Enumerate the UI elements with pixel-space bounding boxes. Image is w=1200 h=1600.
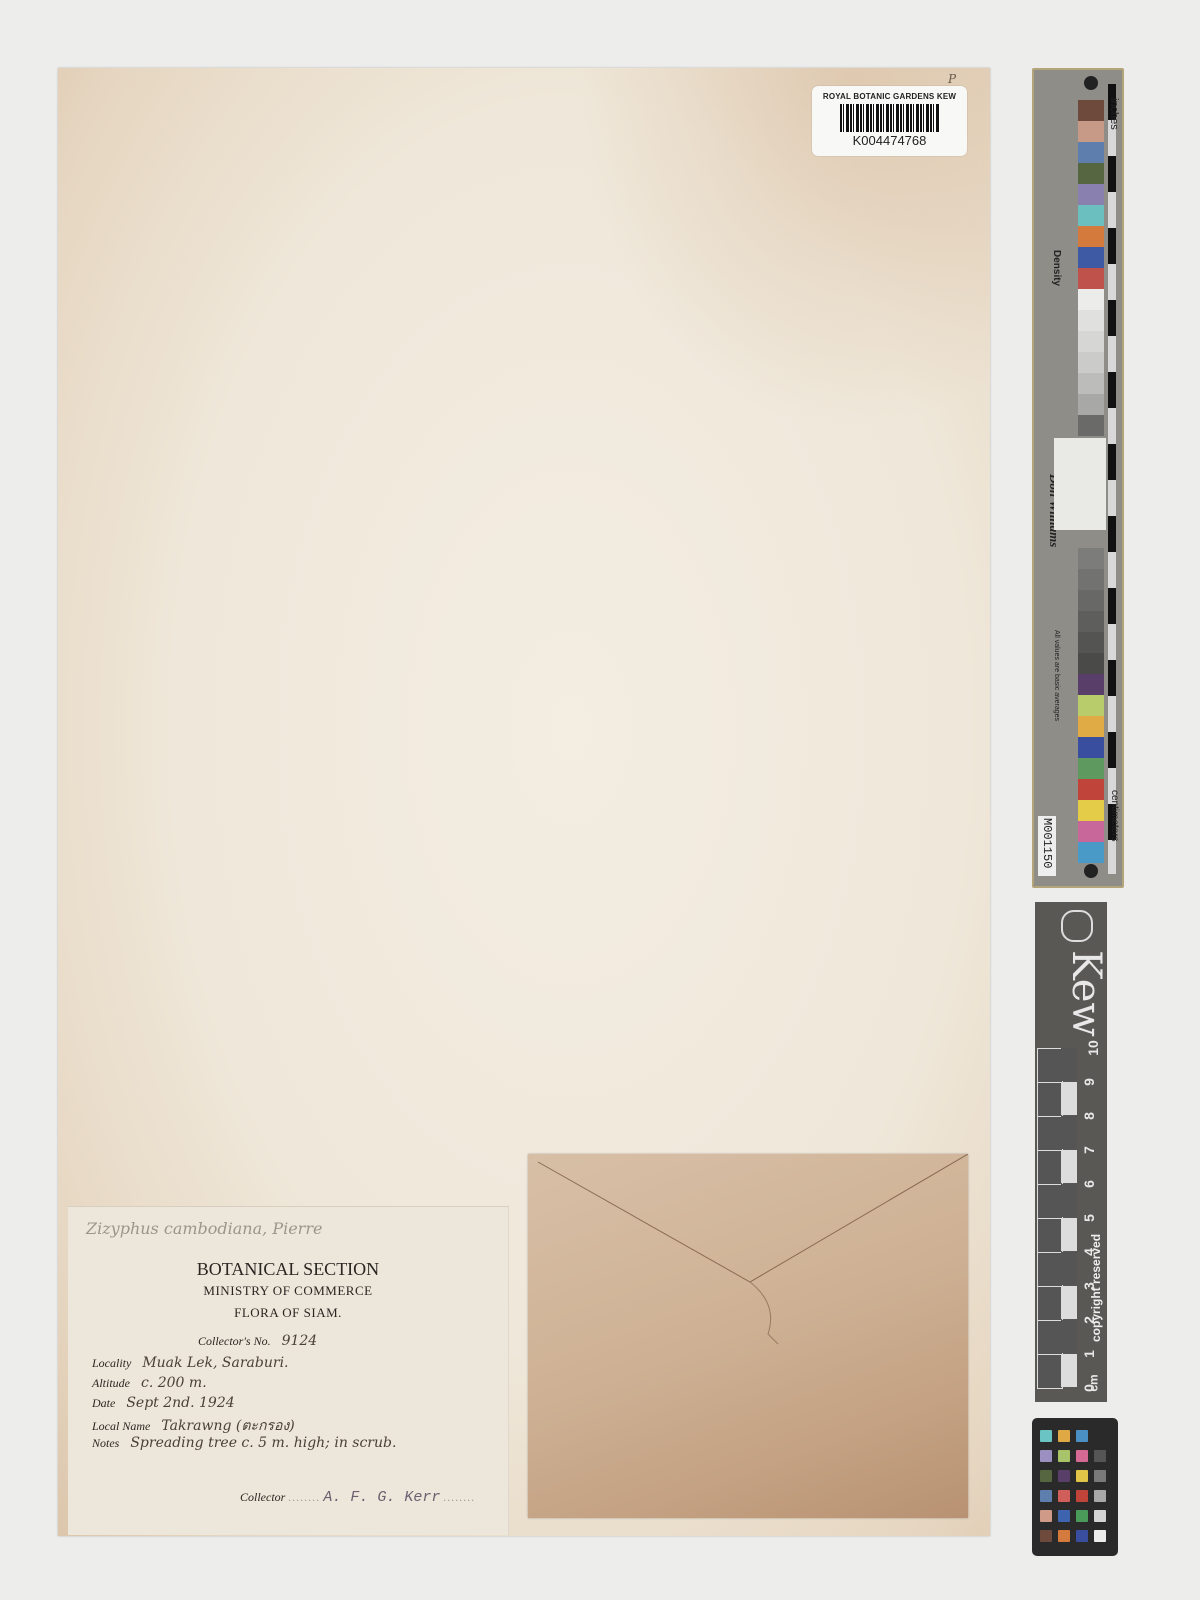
color-patch xyxy=(1078,142,1104,163)
cm-segment xyxy=(1037,1116,1063,1151)
cm-tick-label: 3 xyxy=(1081,1282,1097,1290)
checker-cell xyxy=(1058,1510,1070,1522)
cm-segment xyxy=(1037,1354,1063,1389)
checker-cell xyxy=(1094,1450,1106,1462)
label-header-section: BOTANICAL SECTION xyxy=(68,1259,508,1280)
color-patch xyxy=(1078,737,1104,758)
checker-cell xyxy=(1058,1490,1070,1502)
altitude-field: Altitude c. 200 m. xyxy=(92,1375,207,1391)
kew-cm-scale: Kew copyright reserved cm 012345678910 xyxy=(1035,902,1107,1402)
cm-segment xyxy=(1037,1218,1063,1253)
ruler-code-box: M001150 xyxy=(1038,816,1056,876)
cm-tick-label: 1 xyxy=(1081,1350,1097,1358)
cm-segment xyxy=(1037,1184,1063,1219)
collector-label: Collector xyxy=(240,1490,285,1504)
centimeters-label: centimeters xyxy=(1109,790,1120,842)
checker-cell xyxy=(1058,1430,1070,1442)
cm-segment-alt xyxy=(1061,1150,1077,1183)
checker-cell xyxy=(1094,1510,1106,1522)
color-patch xyxy=(1078,800,1104,821)
cm-segment xyxy=(1037,1286,1063,1321)
locality-field: Locality Muak Lek, Saraburi. xyxy=(92,1355,289,1371)
institution-name: ROYAL BOTANIC GARDENS KEW xyxy=(812,92,967,101)
notes-label: Notes xyxy=(92,1436,119,1450)
color-patch xyxy=(1078,674,1104,695)
locality-value: Muak Lek, Saraburi. xyxy=(142,1355,288,1371)
color-patch xyxy=(1078,289,1104,310)
local-name-value: Takrawng (ตะกรอง) xyxy=(161,1418,294,1434)
color-patch xyxy=(1078,569,1104,590)
cm-tick-label: 2 xyxy=(1081,1316,1097,1324)
color-patch xyxy=(1078,653,1104,674)
color-patch xyxy=(1078,226,1104,247)
color-patch xyxy=(1078,632,1104,653)
local-name-label: Local Name xyxy=(92,1419,150,1433)
checker-cell xyxy=(1076,1430,1088,1442)
cm-tick-label: 9 xyxy=(1081,1078,1097,1086)
kew-logo: Kew xyxy=(1063,950,1109,1037)
cm-segment-alt xyxy=(1061,1252,1077,1285)
altitude-label: Altitude xyxy=(92,1376,130,1390)
color-patch xyxy=(1078,121,1104,142)
barcode-label: ROYAL BOTANIC GARDENS KEW K004474768 xyxy=(812,86,967,156)
checker-cell xyxy=(1040,1530,1052,1542)
checker-cell xyxy=(1040,1470,1052,1482)
cm-tick-label: 5 xyxy=(1081,1214,1097,1222)
collectors-no-field: Collector's No. 9124 xyxy=(198,1333,317,1349)
color-patch xyxy=(1078,821,1104,842)
checker-cell xyxy=(1040,1510,1052,1522)
cm-tick-label: 8 xyxy=(1081,1112,1097,1120)
date-label: Date xyxy=(92,1396,115,1410)
color-patch xyxy=(1078,394,1104,415)
royal-crest-icon xyxy=(1061,910,1093,942)
checker-cell xyxy=(1040,1450,1052,1462)
checker-cell xyxy=(1076,1490,1088,1502)
color-patch xyxy=(1078,548,1104,569)
pencil-mark: P xyxy=(948,72,956,86)
color-patch xyxy=(1078,205,1104,226)
collector-field: Collector ........ A. F. G. Kerr .......… xyxy=(240,1489,475,1506)
color-patch xyxy=(1078,695,1104,716)
cm-tick-label: 4 xyxy=(1081,1248,1097,1256)
checker-cell xyxy=(1058,1530,1070,1542)
barcode-number: K004474768 xyxy=(812,133,967,148)
cm-segment-alt xyxy=(1061,1320,1077,1353)
cm-segment xyxy=(1037,1150,1063,1185)
cm-scale-bar xyxy=(1037,1048,1083,1390)
local-name-field: Local Name Takrawng (ตะกรอง) xyxy=(92,1415,295,1437)
locality-label: Locality xyxy=(92,1356,131,1370)
color-calibration-ruler: inches centimeters Density Don Williams … xyxy=(1032,68,1124,888)
cm-segment-alt xyxy=(1061,1048,1077,1081)
checker-cell xyxy=(1076,1470,1088,1482)
density-label: Density xyxy=(1051,250,1062,286)
color-patch xyxy=(1078,352,1104,373)
fragment-packet-envelope[interactable] xyxy=(528,1154,968,1518)
color-patch xyxy=(1078,310,1104,331)
color-patch xyxy=(1078,184,1104,205)
color-patch xyxy=(1078,247,1104,268)
inches-label: inches xyxy=(1108,98,1120,130)
checker-cell xyxy=(1094,1470,1106,1482)
collector-value: A. F. G. Kerr xyxy=(323,1489,440,1506)
cm-segment-alt xyxy=(1061,1184,1077,1217)
cm-segment-alt xyxy=(1061,1218,1077,1251)
checker-cell xyxy=(1076,1450,1088,1462)
barcode-icon xyxy=(840,104,940,132)
checker-cell xyxy=(1058,1450,1070,1462)
color-patch xyxy=(1078,590,1104,611)
date-field: Date Sept 2nd. 1924 xyxy=(92,1395,235,1411)
checker-cell xyxy=(1076,1530,1088,1542)
cm-segment-alt xyxy=(1061,1116,1077,1149)
color-checker-grid xyxy=(1040,1430,1106,1542)
checker-cell xyxy=(1094,1530,1106,1542)
cm-segment-alt xyxy=(1061,1286,1077,1319)
collectors-no-label: Collector's No. xyxy=(198,1334,271,1348)
checker-cell xyxy=(1040,1430,1052,1442)
cm-segment xyxy=(1037,1082,1063,1117)
ruler-code: M001150 xyxy=(1040,818,1054,868)
inch-scale xyxy=(1108,84,1116,874)
collectors-no-value: 9124 xyxy=(282,1333,318,1349)
altitude-value: c. 200 m. xyxy=(141,1375,207,1391)
color-patch xyxy=(1078,842,1104,863)
cm-tick-label: 6 xyxy=(1081,1180,1097,1188)
checker-cell xyxy=(1076,1510,1088,1522)
color-patch xyxy=(1078,758,1104,779)
checker-cell xyxy=(1094,1490,1106,1502)
cm-segment xyxy=(1037,1320,1063,1355)
cm-tick-label: 10 xyxy=(1085,1040,1101,1056)
cm-tick-label: 7 xyxy=(1081,1146,1097,1154)
determination: Zizyphus cambodiana, Pierre xyxy=(86,1219,322,1238)
color-patch xyxy=(1078,779,1104,800)
color-patch xyxy=(1078,100,1104,121)
checker-cell xyxy=(1058,1470,1070,1482)
cm-segment xyxy=(1037,1252,1063,1287)
checker-cell xyxy=(1094,1430,1106,1442)
color-patch xyxy=(1078,611,1104,632)
ruler-hole-top xyxy=(1084,76,1098,90)
label-header-flora: FLORA OF SIAM. xyxy=(68,1305,508,1321)
cm-segment-alt xyxy=(1061,1354,1077,1387)
color-patch xyxy=(1078,331,1104,352)
color-patch xyxy=(1078,163,1104,184)
label-header-ministry: MINISTRY OF COMMERCE xyxy=(68,1283,508,1299)
color-patch xyxy=(1078,415,1104,436)
notes-field: Notes Spreading tree c. 5 m. high; in sc… xyxy=(92,1435,396,1451)
ruler-hole-bottom xyxy=(1084,864,1098,878)
envelope-flap-icon xyxy=(528,1154,968,1518)
specimen-label: Zizyphus cambodiana, Pierre BOTANICAL SE… xyxy=(68,1206,509,1535)
color-checker-card xyxy=(1032,1418,1118,1556)
cm-segment-alt xyxy=(1061,1082,1077,1115)
cm-tick-label: 0 xyxy=(1081,1384,1097,1392)
cm-segment xyxy=(1037,1048,1063,1083)
color-patches xyxy=(1078,100,1104,863)
checker-cell xyxy=(1040,1490,1052,1502)
footnote-label: All values are basic averages xyxy=(1053,630,1060,721)
date-value: Sept 2nd. 1924 xyxy=(126,1395,234,1411)
notes-value: Spreading tree c. 5 m. high; in scrub. xyxy=(130,1435,396,1451)
color-patch xyxy=(1078,373,1104,394)
color-patch xyxy=(1078,716,1104,737)
color-patch xyxy=(1078,268,1104,289)
